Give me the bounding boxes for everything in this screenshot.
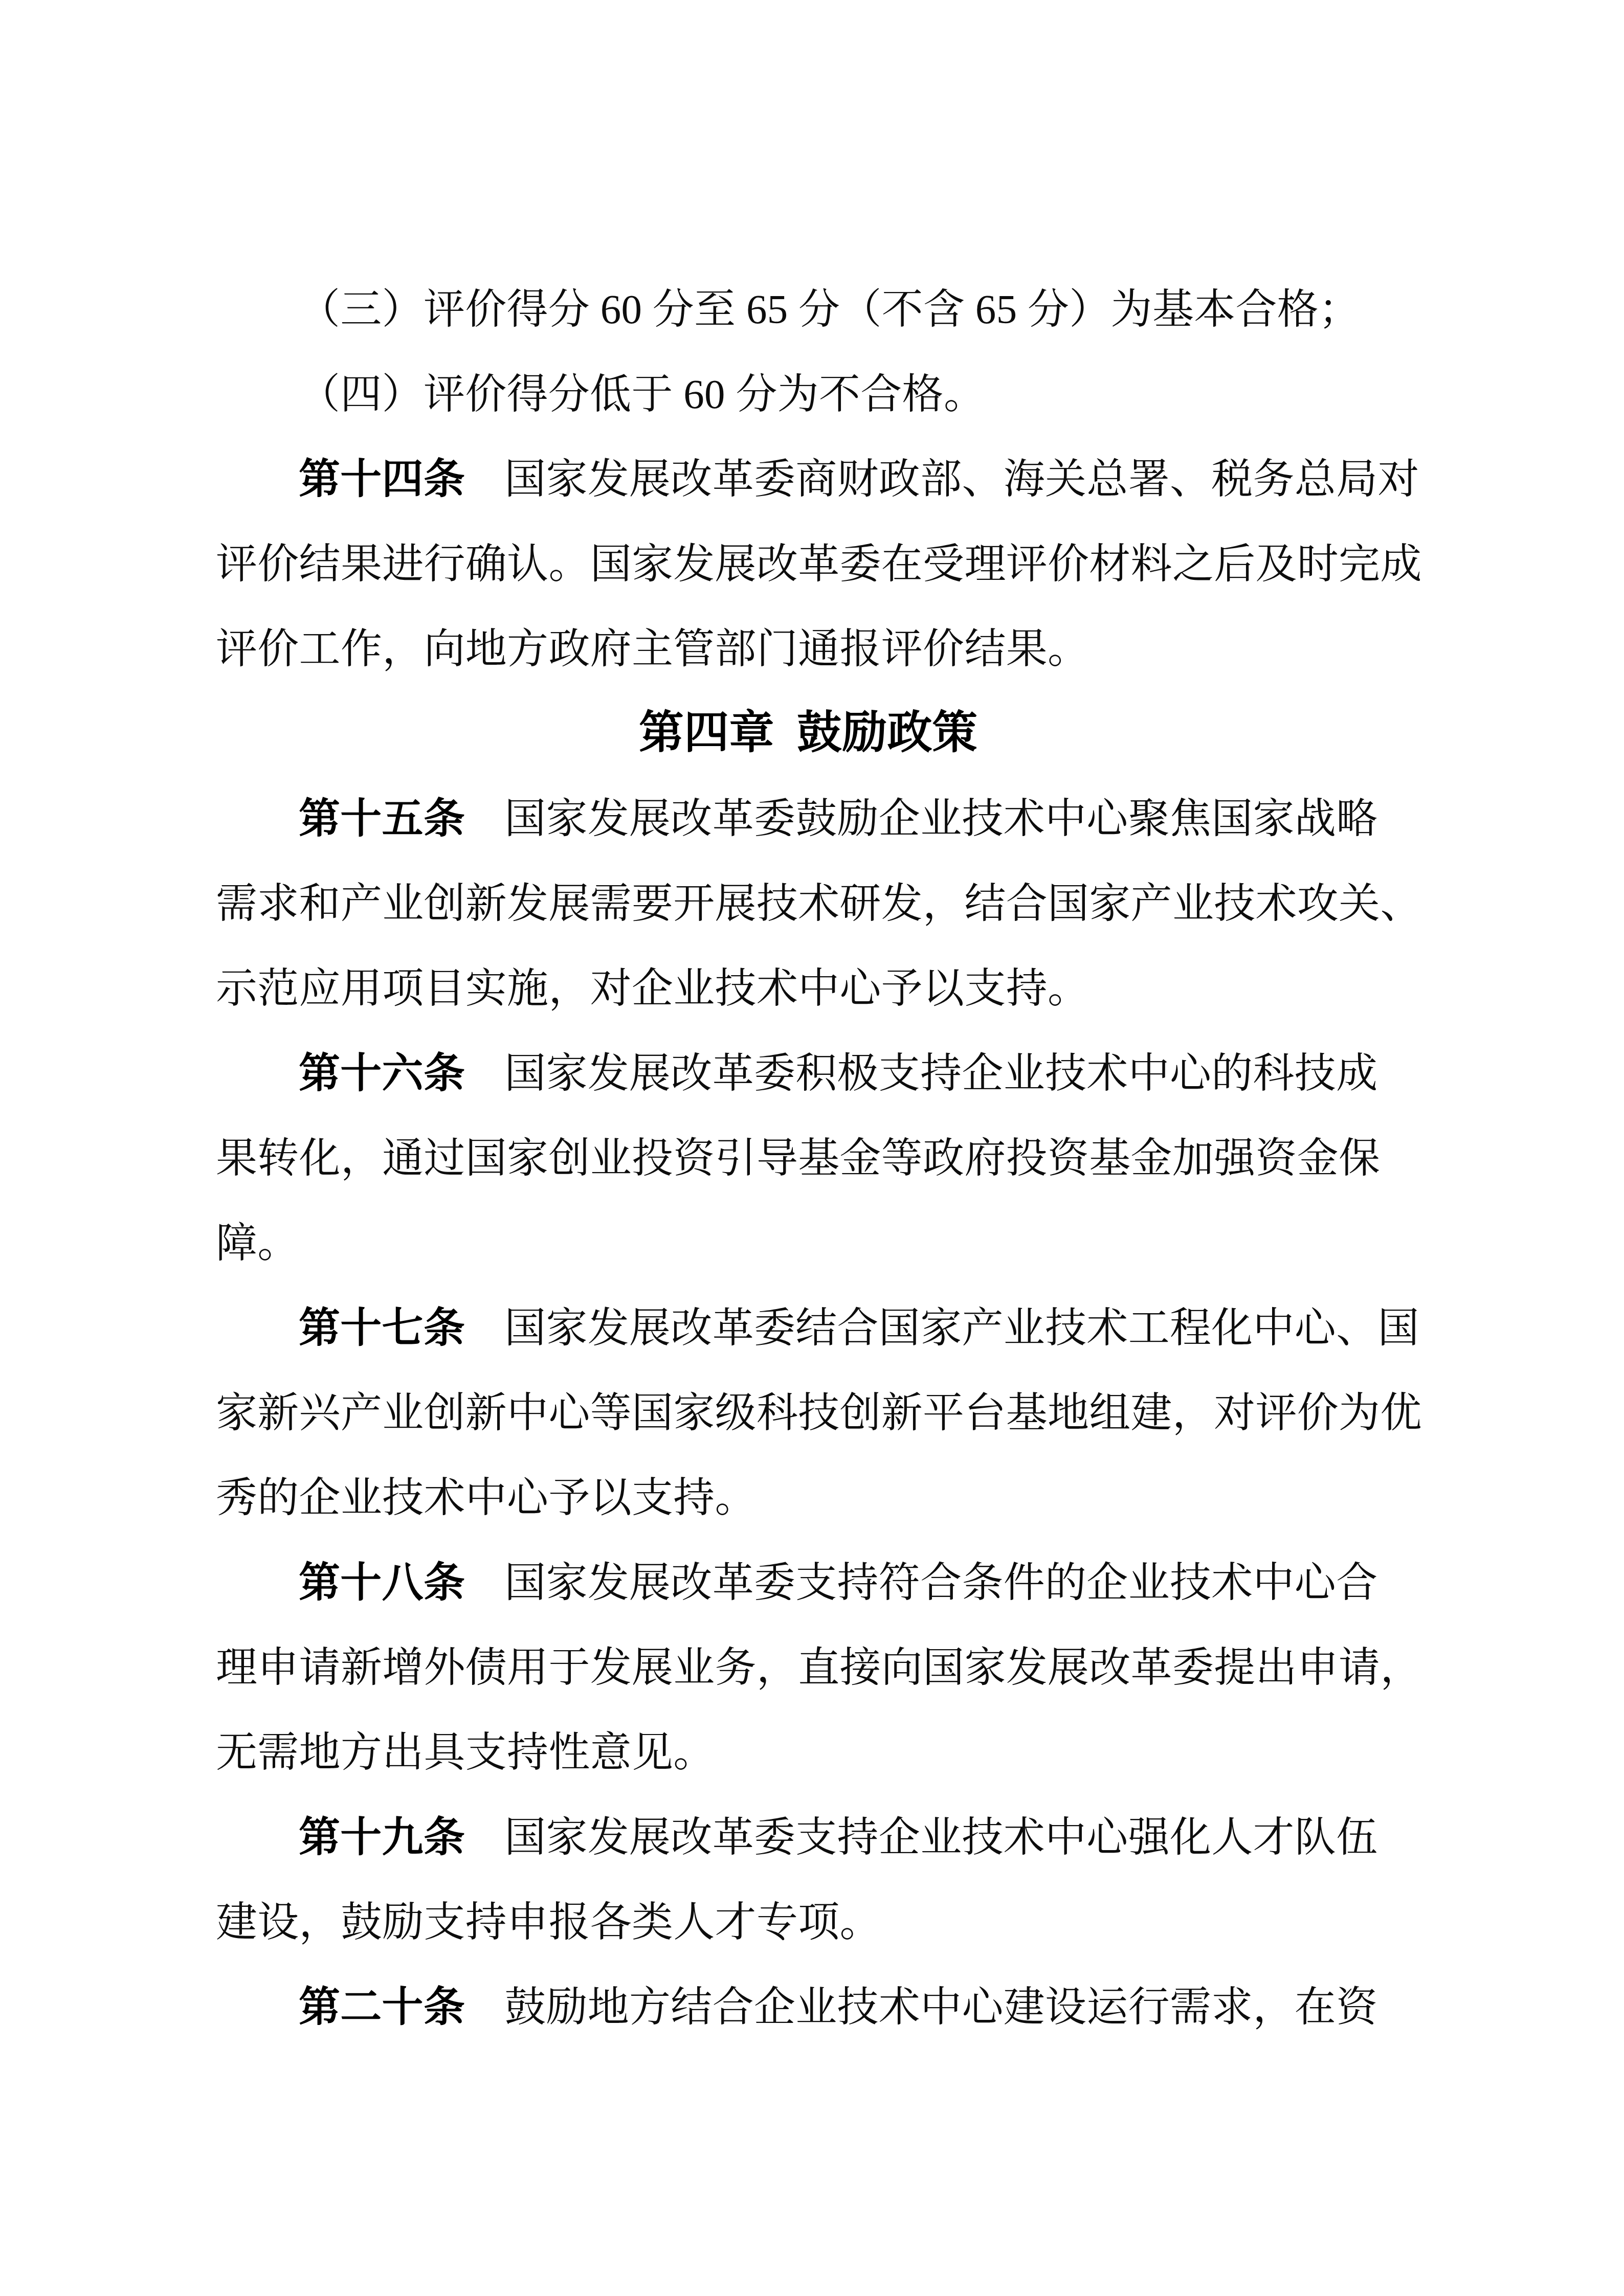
text-line: （三）评价得分 60 分至 65 分（不含 65 分）为基本合格； xyxy=(216,267,1423,352)
line-text: （三）评价得分 60 分至 65 分（不含 65 分）为基本合格； xyxy=(299,286,1360,332)
text-line: （四）评价得分低于 60 分为不合格。 xyxy=(216,352,1423,437)
text-line: 第二十条鼓励地方结合企业技术中心建设运行需求，在资 xyxy=(216,1965,1423,2050)
text-line: 需求和产业创新发展需要开展技术研发，结合国家产业技术攻关、 xyxy=(216,861,1423,946)
line-text: 国家发展改革委结合国家产业技术工程化中心、国 xyxy=(504,1305,1419,1351)
text-line: 评价工作，向地方政府主管部门通报评价结果。 xyxy=(216,606,1423,691)
line-text: 需求和产业创新发展需要开展技术研发，结合国家产业技术攻关、 xyxy=(216,881,1422,927)
line-text: （四）评价得分低于 60 分为不合格。 xyxy=(299,371,985,417)
document-page: （三）评价得分 60 分至 65 分（不含 65 分）为基本合格；（四）评价得分… xyxy=(0,0,1624,2296)
text-line: 第十八条国家发展改革委支持符合条件的企业技术中心合 xyxy=(216,1540,1423,1625)
article-number: 第十八条 xyxy=(299,1560,465,1606)
line-text: 家新兴产业创新中心等国家级科技创新平台基地组建，对评价为优 xyxy=(216,1390,1422,1436)
chapter-number: 第四章 xyxy=(639,707,774,757)
text-line: 示范应用项目实施，对企业技术中心予以支持。 xyxy=(216,946,1423,1031)
article-number: 第十六条 xyxy=(299,1050,465,1096)
line-text: 鼓励地方结合企业技术中心建设运行需求，在资 xyxy=(504,1984,1377,2030)
line-text: 障。 xyxy=(216,1220,299,1266)
line-text: 建设，鼓励支持申报各类人才专项。 xyxy=(216,1899,881,1945)
line-text: 秀的企业技术中心予以支持。 xyxy=(216,1475,757,1521)
article-number: 第十九条 xyxy=(299,1814,465,1860)
line-text: 无需地方出具支持性意见。 xyxy=(216,1729,715,1775)
line-text: 示范应用项目实施，对企业技术中心予以支持。 xyxy=(216,965,1089,1011)
text-line: 第十四条国家发展改革委商财政部、海关总署、税务总局对 xyxy=(216,437,1423,522)
line-text: 理申请新增外债用于发展业务，直接向国家发展改革委提出申请， xyxy=(216,1645,1422,1691)
chapter-heading: 第四章鼓励政策 xyxy=(216,691,1423,776)
text-line: 障。 xyxy=(216,1201,1423,1286)
text-line: 无需地方出具支持性意见。 xyxy=(216,1710,1423,1795)
text-line: 理申请新增外债用于发展业务，直接向国家发展改革委提出申请， xyxy=(216,1625,1423,1710)
article-number: 第十七条 xyxy=(299,1305,465,1351)
text-line: 评价结果进行确认。国家发展改革委在受理评价材料之后及时完成 xyxy=(216,522,1423,606)
article-number: 第十五条 xyxy=(299,796,465,842)
line-text: 国家发展改革委支持符合条件的企业技术中心合 xyxy=(504,1560,1377,1606)
text-line: 第十七条国家发展改革委结合国家产业技术工程化中心、国 xyxy=(216,1286,1423,1370)
line-text: 国家发展改革委支持企业技术中心强化人才队伍 xyxy=(504,1814,1377,1860)
line-text: 评价工作，向地方政府主管部门通报评价结果。 xyxy=(216,626,1089,672)
line-text: 评价结果进行确认。国家发展改革委在受理评价材料之后及时完成 xyxy=(216,541,1422,587)
text-line: 果转化，通过国家创业投资引导基金等政府投资基金加强资金保 xyxy=(216,1116,1423,1201)
article-number: 第十四条 xyxy=(299,456,465,502)
text-line: 家新兴产业创新中心等国家级科技创新平台基地组建，对评价为优 xyxy=(216,1370,1423,1455)
text-line: 第十九条国家发展改革委支持企业技术中心强化人才队伍 xyxy=(216,1795,1423,1880)
line-text: 国家发展改革委积极支持企业技术中心的科技成 xyxy=(504,1050,1377,1096)
text-line: 第十六条国家发展改革委积极支持企业技术中心的科技成 xyxy=(216,1031,1423,1116)
article-number: 第二十条 xyxy=(299,1984,465,2030)
line-text: 果转化，通过国家创业投资引导基金等政府投资基金加强资金保 xyxy=(216,1135,1380,1181)
document-content: （三）评价得分 60 分至 65 分（不含 65 分）为基本合格；（四）评价得分… xyxy=(216,267,1423,2050)
text-line: 秀的企业技术中心予以支持。 xyxy=(216,1455,1423,1540)
text-line: 建设，鼓励支持申报各类人才专项。 xyxy=(216,1880,1423,1965)
text-line: 第十五条国家发展改革委鼓励企业技术中心聚焦国家战略 xyxy=(216,776,1423,861)
line-text: 国家发展改革委商财政部、海关总署、税务总局对 xyxy=(504,456,1419,502)
chapter-title: 鼓励政策 xyxy=(797,707,977,757)
line-text: 国家发展改革委鼓励企业技术中心聚焦国家战略 xyxy=(504,796,1377,842)
